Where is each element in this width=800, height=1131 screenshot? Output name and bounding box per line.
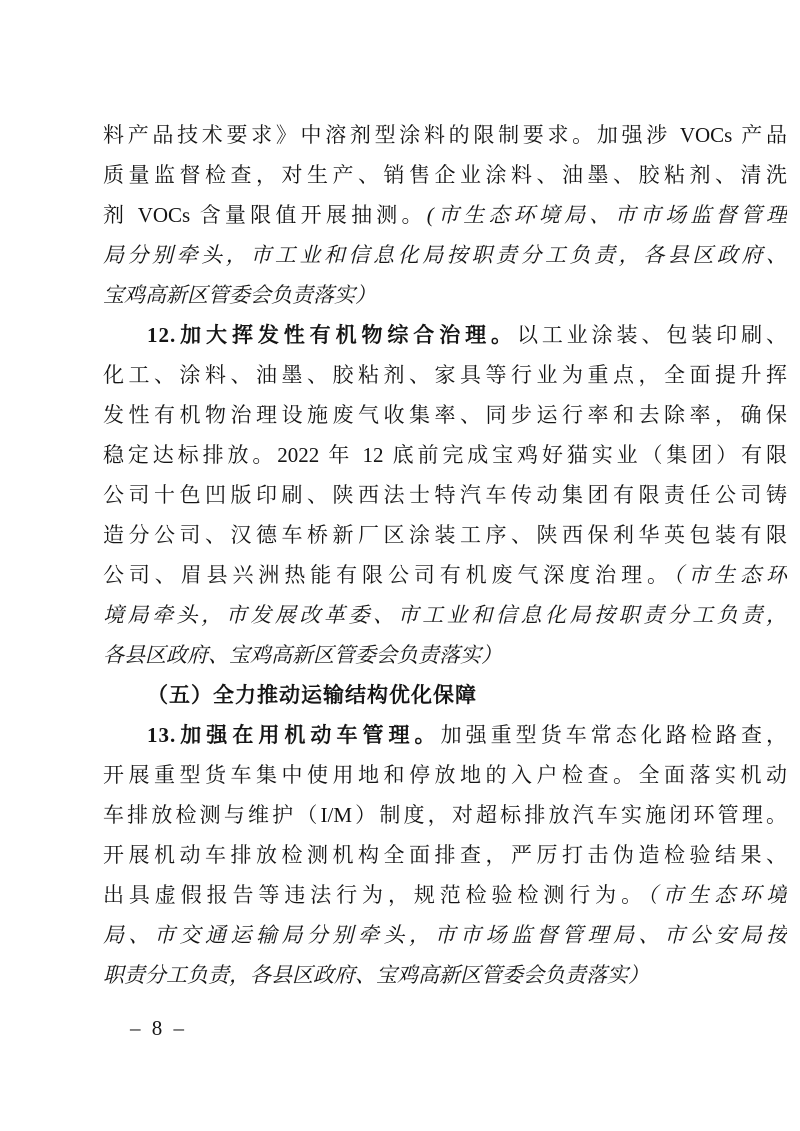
page-number: – 8 – xyxy=(130,1012,187,1044)
text-line: 局、市交通运输局分别牵头，市市场监督管理局、市公安局按 xyxy=(103,915,787,955)
text-line: 造分公司、汉德车桥新厂区涂装工序、陕西保利华英包装有限 xyxy=(103,515,787,555)
text-run-body: 化工、涂料、油墨、胶粘剂、家具等行业为重点，全面提升挥 xyxy=(103,363,787,387)
text-run-body: 质量监督检查，对生产、销售企业涂料、油墨、胶粘剂、清洗 xyxy=(103,163,787,187)
text-run-body: 车排放检测与维护（I/M）制度，对超标排放汽车实施闭环管理。 xyxy=(103,803,787,827)
text-run-kaiti: 境局牵头，市发展改革委、市工业和信息化局按职责分工负责， xyxy=(103,603,787,627)
text-line: 出具虚假报告等违法行为，规范检验检测行为。（市生态环境 xyxy=(103,875,787,915)
text-run-body: 开展重型货车集中使用地和停放地的入户检查。全面落实机动 xyxy=(103,763,787,787)
text-run-bold: 12.加大挥发性有机物综合治理。 xyxy=(147,323,517,347)
text-block: 料产品技术要求》中溶剂型涂料的限制要求。加强涉 VOCs 产品质量监督检查，对生… xyxy=(103,115,787,995)
text-run-kaiti: 局分别牵头，市工业和信息化局按职责分工负责，各县区政府、 xyxy=(103,243,787,267)
text-run-kaiti: 宝鸡高新区管委会负责落实） xyxy=(103,283,376,307)
text-line: 境局牵头，市发展改革委、市工业和信息化局按职责分工负责， xyxy=(103,595,787,635)
text-line: 料产品技术要求》中溶剂型涂料的限制要求。加强涉 VOCs 产品 xyxy=(103,115,787,155)
text-run-body: 发性有机物治理设施废气收集率、同步运行率和去除率，确保 xyxy=(103,403,787,427)
text-run-body: 剂 VOCs 含量限值开展抽测。 xyxy=(103,203,427,227)
text-run-body: 造分公司、汉德车桥新厂区涂装工序、陕西保利华英包装有限 xyxy=(103,523,787,547)
text-line: 12.加大挥发性有机物综合治理。以工业涂装、包装印刷、 xyxy=(103,315,787,355)
text-line: 职责分工负责，各县区政府、宝鸡高新区管委会负责落实） xyxy=(103,955,787,995)
text-run-body: 稳定达标排放。2022 年 12 底前完成宝鸡好猫实业（集团）有限 xyxy=(103,443,787,467)
text-line: 公司十色凹版印刷、陕西法士特汽车传动集团有限责任公司铸 xyxy=(103,475,787,515)
text-line: 质量监督检查，对生产、销售企业涂料、油墨、胶粘剂、清洗 xyxy=(103,155,787,195)
text-line: 公司、眉县兴洲热能有限公司有机废气深度治理。（市生态环 xyxy=(103,555,787,595)
text-line: 化工、涂料、油墨、胶粘剂、家具等行业为重点，全面提升挥 xyxy=(103,355,787,395)
text-line: 开展机动车排放检测机构全面排查，严厉打击伪造检验结果、 xyxy=(103,835,787,875)
text-line: 13.加强在用机动车管理。加强重型货车常态化路检路查， xyxy=(103,715,787,755)
text-line: （五）全力推动运输结构优化保障 xyxy=(103,675,787,715)
text-run-bold: （五）全力推动运输结构优化保障 xyxy=(147,683,477,707)
text-line: 车排放检测与维护（I/M）制度，对超标排放汽车实施闭环管理。 xyxy=(103,795,787,835)
text-run-body: 料产品技术要求》中溶剂型涂料的限制要求。加强涉 VOCs 产品 xyxy=(103,123,787,147)
text-run-kaiti: 各县区政府、宝鸡高新区管委会负责落实） xyxy=(103,643,502,667)
text-line: 局分别牵头，市工业和信息化局按职责分工负责，各县区政府、 xyxy=(103,235,787,275)
text-run-bold: 13.加强在用机动车管理。 xyxy=(147,723,441,747)
text-run-kaiti: （市生态环 xyxy=(673,563,787,587)
text-line: 各县区政府、宝鸡高新区管委会负责落实） xyxy=(103,635,787,675)
text-run-body: 开展机动车排放检测机构全面排查，严厉打击伪造检验结果、 xyxy=(103,843,787,867)
text-run-kaiti: 职责分工负责，各县区政府、宝鸡高新区管委会负责落实） xyxy=(103,963,649,987)
text-line: 稳定达标排放。2022 年 12 底前完成宝鸡好猫实业（集团）有限 xyxy=(103,435,787,475)
text-run-kaiti: （市生态环境 xyxy=(647,883,787,907)
text-run-body: 公司十色凹版印刷、陕西法士特汽车传动集团有限责任公司铸 xyxy=(103,483,787,507)
text-run-body: 加强重型货车常态化路检路查， xyxy=(441,723,787,747)
text-line: 开展重型货车集中使用地和停放地的入户检查。全面落实机动 xyxy=(103,755,787,795)
text-run-kaiti: (市生态环境局、市市场监督管理 xyxy=(427,203,787,227)
text-line: 宝鸡高新区管委会负责落实） xyxy=(103,275,787,315)
document-page: 料产品技术要求》中溶剂型涂料的限制要求。加强涉 VOCs 产品质量监督检查，对生… xyxy=(0,0,800,1131)
text-run-kaiti: 局、市交通运输局分别牵头，市市场监督管理局、市公安局按 xyxy=(103,923,787,947)
text-run-body: 出具虚假报告等违法行为，规范检验检测行为。 xyxy=(103,883,647,907)
text-run-body: 公司、眉县兴洲热能有限公司有机废气深度治理。 xyxy=(103,563,673,587)
text-line: 发性有机物治理设施废气收集率、同步运行率和去除率，确保 xyxy=(103,395,787,435)
text-run-body: 以工业涂装、包装印刷、 xyxy=(517,323,787,347)
text-line: 剂 VOCs 含量限值开展抽测。(市生态环境局、市市场监督管理 xyxy=(103,195,787,235)
